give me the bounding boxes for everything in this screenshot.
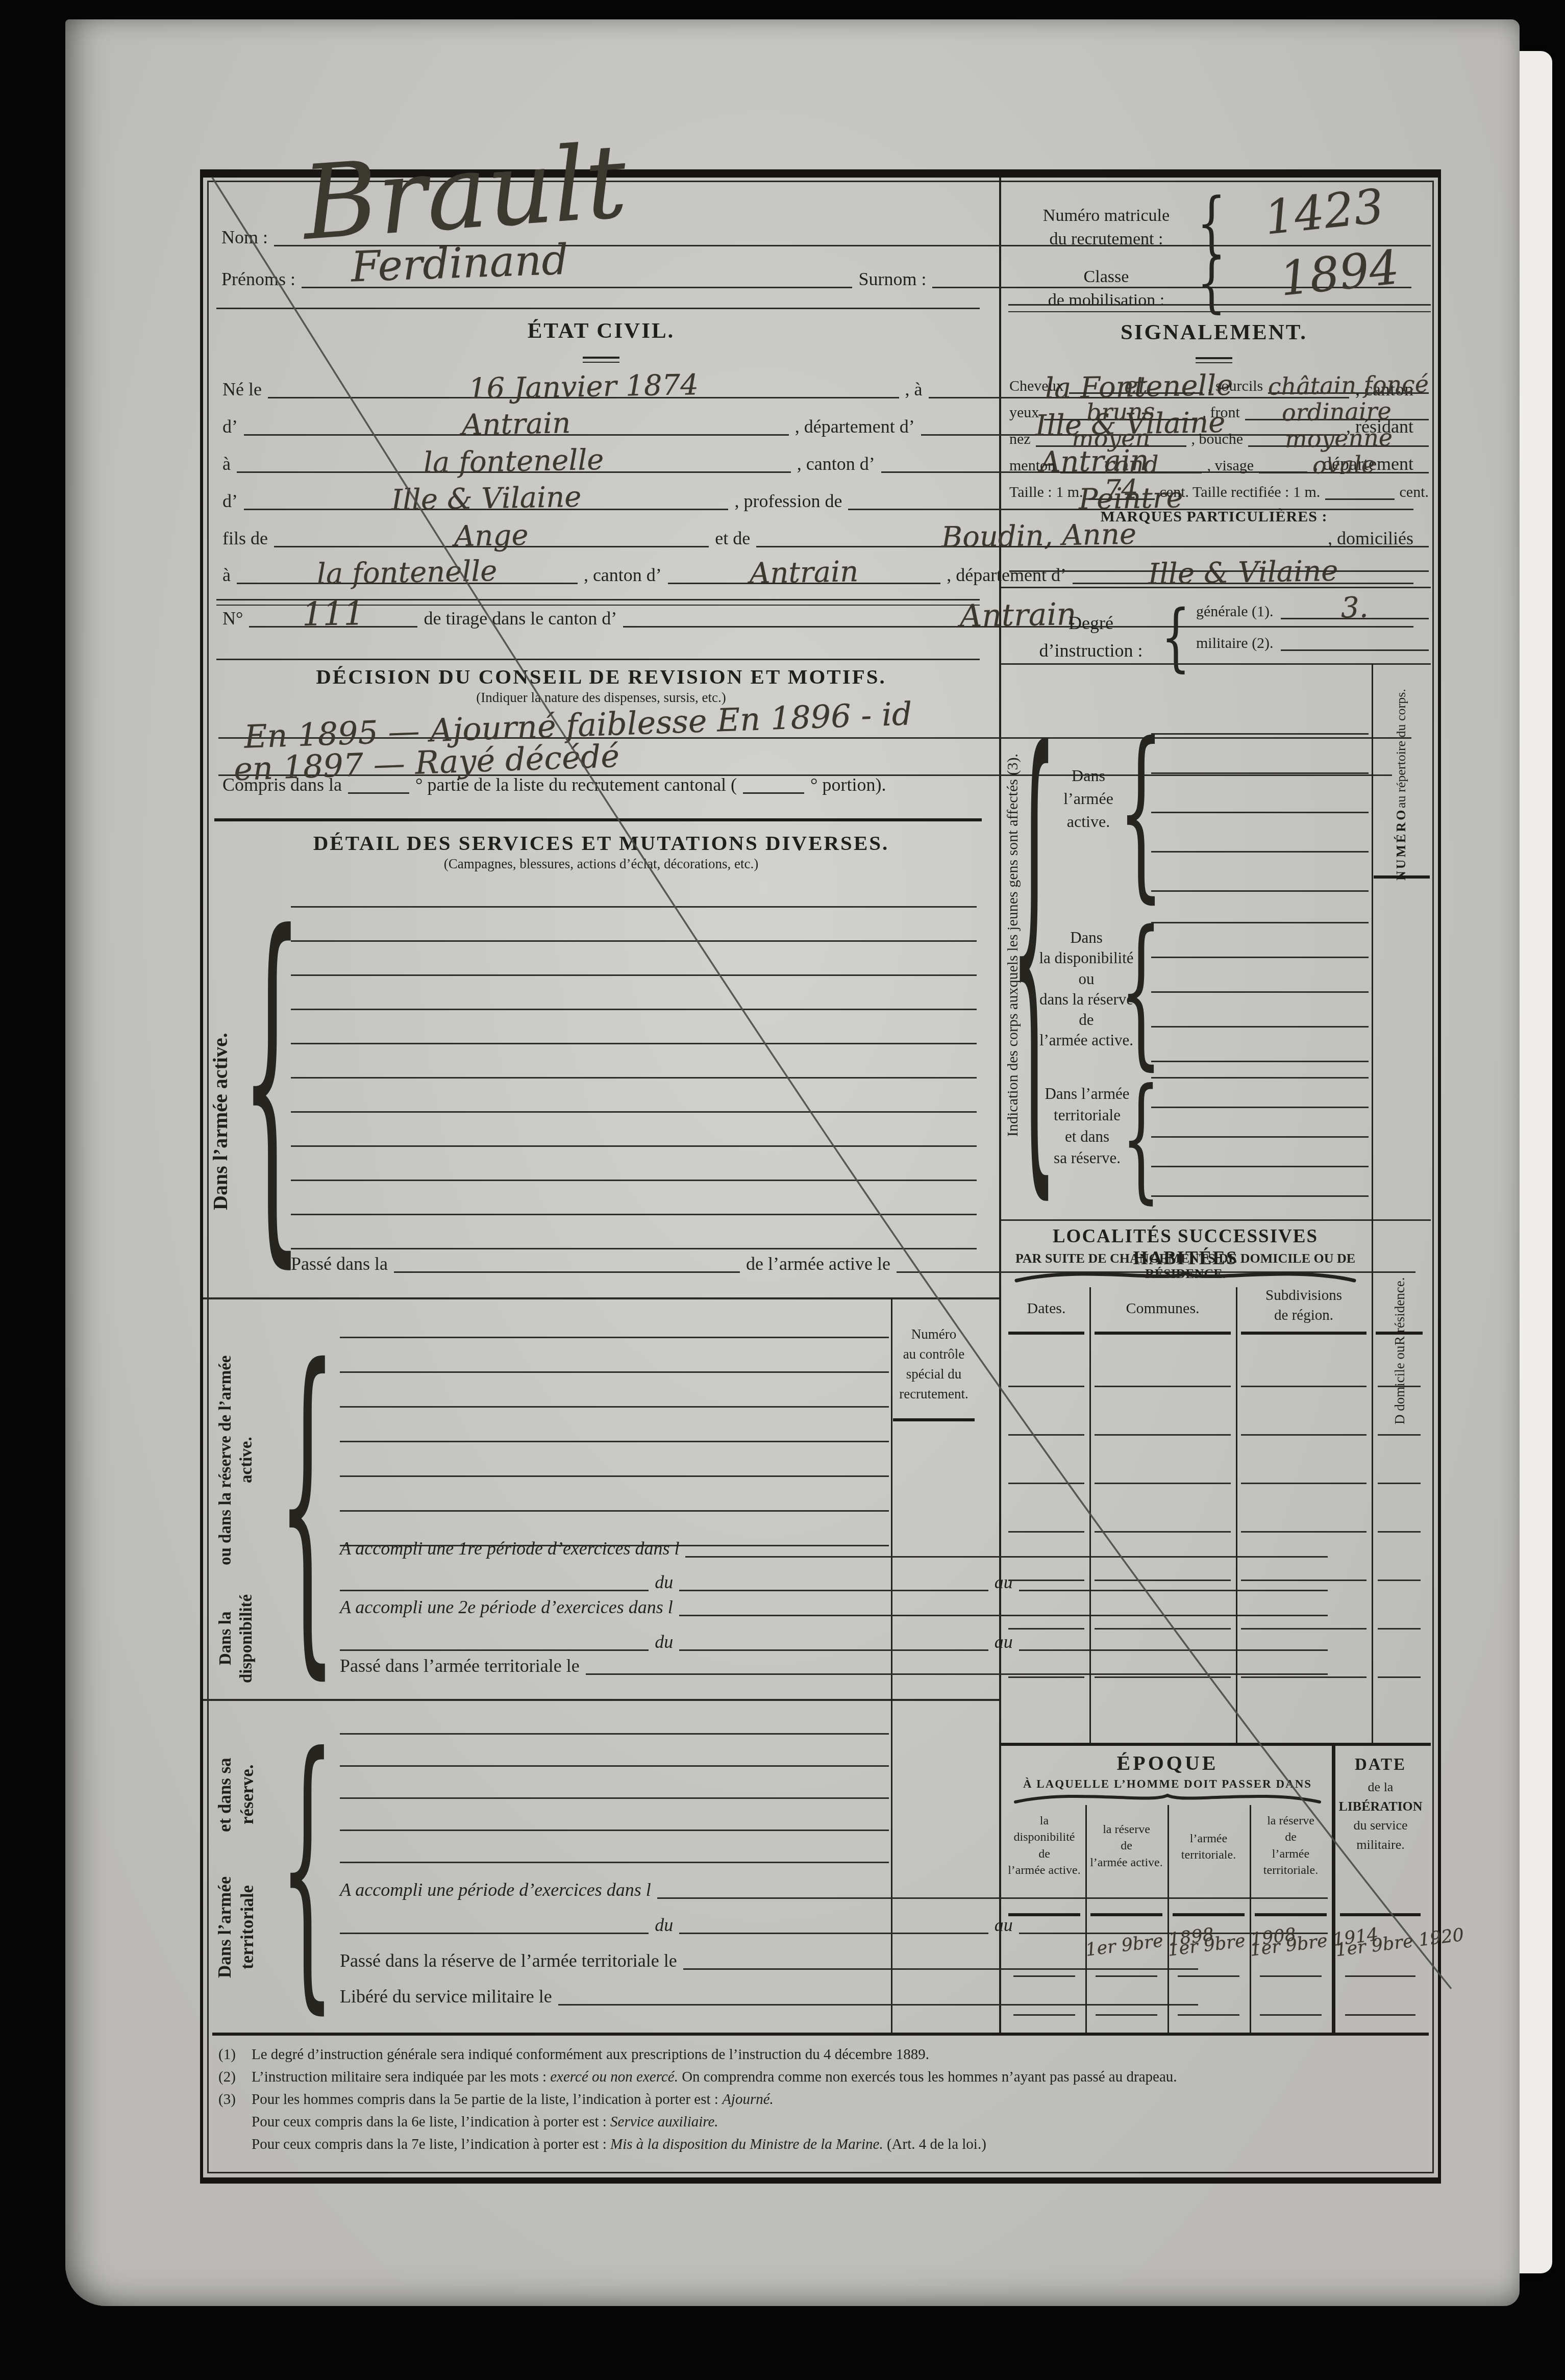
write-in-line bbox=[1151, 1061, 1369, 1062]
dr-column-divider bbox=[1372, 1219, 1373, 1743]
rule bbox=[1008, 311, 1431, 312]
surnom-label: Surnom : bbox=[858, 270, 926, 288]
blank-line bbox=[657, 1897, 1328, 1899]
write-in-line bbox=[340, 1733, 889, 1735]
write-in-line bbox=[1095, 1531, 1231, 1533]
write-in-line bbox=[340, 1371, 889, 1373]
write-in-line bbox=[1241, 1580, 1367, 1581]
label-line: disponibilité bbox=[1003, 1829, 1085, 1845]
passe-territoriale-label: Passé dans l’armée territoriale le bbox=[340, 1657, 580, 1675]
brace-decoration: { bbox=[1130, 1069, 1152, 1208]
write-in-line bbox=[1095, 1628, 1231, 1630]
decorative-swash bbox=[1014, 1269, 1356, 1285]
yeux-value: bruns bbox=[1086, 399, 1155, 424]
label-line: de région. bbox=[1236, 1306, 1372, 1325]
rule bbox=[1001, 587, 1431, 588]
write-in-line bbox=[291, 1077, 977, 1079]
compris-label: Compris dans la bbox=[222, 775, 342, 794]
a-label: à bbox=[222, 566, 231, 584]
label-line: l’armée active. bbox=[1085, 1855, 1167, 1871]
passe-active-label: Passé dans la bbox=[291, 1255, 388, 1273]
value-line bbox=[1013, 1975, 1075, 1977]
front-value: ordinaire bbox=[1282, 399, 1392, 424]
footnote-marker: (1) bbox=[218, 2047, 236, 2063]
label-line: de bbox=[1085, 1838, 1167, 1854]
header-rule bbox=[1095, 1332, 1231, 1335]
write-in-line bbox=[1008, 1531, 1084, 1533]
controle-line: recrutement. bbox=[893, 1384, 975, 1404]
ruled-lines bbox=[1378, 1386, 1421, 1692]
header-rule bbox=[1090, 1913, 1162, 1916]
footnote-italic: Ajourné. bbox=[722, 2091, 774, 2108]
rule bbox=[1008, 304, 1431, 306]
label-line: LIBÉRATION bbox=[1335, 1797, 1426, 1816]
taille-value: 74 bbox=[1104, 476, 1138, 503]
localites-divider bbox=[1089, 1287, 1091, 1743]
services-title: DÉTAIL DES SERVICES ET MUTATIONS DIVERSE… bbox=[203, 833, 999, 854]
periode3-label: A accompli une période d’exercices dans … bbox=[340, 1881, 651, 1899]
footnote-marker: (3) bbox=[218, 2092, 236, 2108]
blank-line bbox=[685, 1556, 1328, 1558]
controle-line: spécial du bbox=[893, 1364, 975, 1384]
label-line: militaire. bbox=[1335, 1835, 1426, 1855]
value-line bbox=[1178, 1975, 1239, 1977]
matricule-label-line: Numéro matricule bbox=[1012, 204, 1201, 228]
cheveux-label: Cheveux bbox=[1009, 379, 1064, 394]
residence: la fontenelle bbox=[424, 446, 604, 478]
write-in-line bbox=[1241, 1531, 1367, 1533]
matricule-label-line: du recrutement : bbox=[1012, 228, 1201, 251]
write-in-line bbox=[340, 1510, 889, 1512]
repertoire-header-rule bbox=[1374, 875, 1430, 879]
footnote-text: Le degré d’instruction générale sera ind… bbox=[252, 2046, 929, 2063]
departement-label: , département d’ bbox=[795, 417, 915, 436]
d-label: d’ bbox=[222, 417, 238, 436]
header-rule bbox=[1008, 1332, 1084, 1335]
taille-label: Taille : 1 m. bbox=[1009, 485, 1083, 500]
controle-line: au contrôle bbox=[893, 1344, 975, 1364]
blank-line bbox=[1009, 570, 1429, 572]
label-line: de bbox=[1250, 1829, 1332, 1845]
value-line bbox=[1096, 2014, 1157, 2016]
blank-line bbox=[1009, 546, 1429, 547]
label-line: territoriale bbox=[1040, 1105, 1134, 1126]
write-in-line bbox=[1095, 1386, 1231, 1387]
paper-sheet: Brault Nom : Ferdinand Prénoms : Surnom … bbox=[65, 19, 1520, 2306]
title-dash bbox=[1196, 357, 1232, 363]
value-line bbox=[1096, 1975, 1157, 1977]
label-line: l’armée bbox=[1167, 1831, 1250, 1847]
write-in-line bbox=[1095, 1483, 1231, 1484]
label-line: et dans bbox=[1040, 1126, 1134, 1147]
epoque-col2-header: la réserve de l’armée active. bbox=[1085, 1821, 1167, 1871]
numero-tirage: 111 bbox=[302, 597, 365, 631]
prenoms-line bbox=[302, 287, 852, 288]
blank-line bbox=[683, 1968, 1198, 1970]
matricule-value: 1423 bbox=[1262, 183, 1386, 242]
write-in-line bbox=[1008, 1628, 1084, 1630]
write-in-line bbox=[291, 940, 977, 942]
rule bbox=[1001, 663, 1431, 665]
write-in-line bbox=[340, 1441, 889, 1442]
write-in-line bbox=[1151, 1107, 1369, 1108]
blank-line bbox=[679, 1933, 988, 1934]
brace-decoration: { bbox=[1130, 906, 1152, 1074]
write-in-line bbox=[1151, 851, 1369, 853]
et-de-label: et de bbox=[715, 529, 750, 547]
footnote-3: Pour les hommes compris dans la 5e parti… bbox=[252, 2092, 1418, 2108]
classe-label-line: Classe bbox=[1012, 265, 1201, 289]
corps-territoriale-label: Dans l’armée territoriale et dans sa rés… bbox=[1040, 1083, 1134, 1168]
write-in-line bbox=[1095, 1580, 1231, 1581]
sourcils-value: châtain foncé bbox=[1268, 372, 1429, 398]
epoque-title: ÉPOQUE bbox=[1003, 1751, 1332, 1775]
ruled-lines bbox=[1151, 922, 1369, 1070]
territoriale-vertical-label: Dans l’armée territoriale et dans sa rés… bbox=[206, 1739, 266, 2004]
header-rule bbox=[1340, 1913, 1421, 1916]
matricule-form: Brault Nom : Ferdinand Prénoms : Surnom … bbox=[200, 169, 1441, 2184]
label-line: l’armée active. bbox=[1003, 1862, 1085, 1878]
profession-label: , profession de bbox=[734, 492, 842, 510]
instruction-label-line: Degré bbox=[1020, 609, 1162, 637]
label-line: Subdivisions bbox=[1236, 1286, 1372, 1306]
write-in-line bbox=[1151, 1026, 1369, 1028]
section-rule bbox=[214, 818, 982, 821]
du-label: du bbox=[655, 1573, 673, 1591]
write-in-line bbox=[1008, 1386, 1084, 1387]
brace-decoration: { bbox=[1201, 255, 1222, 311]
write-in-line bbox=[1008, 1580, 1084, 1581]
cent-label: cent. bbox=[1400, 485, 1429, 500]
write-in-line bbox=[340, 1406, 889, 1408]
write-in-line bbox=[1378, 1386, 1421, 1387]
write-in-line bbox=[291, 1248, 977, 1249]
scanned-register-page: Brault Nom : Ferdinand Prénoms : Surnom … bbox=[0, 0, 1565, 2380]
write-in-line bbox=[340, 1797, 889, 1799]
blank-line bbox=[1325, 498, 1394, 500]
epoque-col4-header: la réserve de l’armée territoriale. bbox=[1250, 1813, 1332, 1879]
bouche-label: , bouche bbox=[1191, 432, 1244, 447]
write-in-line bbox=[1095, 1676, 1231, 1678]
write-in-line bbox=[340, 1475, 889, 1477]
du-label: du bbox=[655, 1633, 673, 1651]
footnote-text: Pour ceux compris dans la 6e liste, l’in… bbox=[252, 2114, 610, 2130]
write-in-line bbox=[291, 974, 977, 976]
write-in-line bbox=[1151, 1136, 1369, 1138]
domicile-parents: la fontenelle bbox=[317, 557, 498, 589]
decorative-swash bbox=[1013, 1792, 1322, 1805]
ruled-lines bbox=[1008, 1386, 1084, 1692]
write-in-line bbox=[1241, 1676, 1367, 1678]
numero-label: N° bbox=[222, 609, 243, 628]
epoque-col3-header: l’armée territoriale. bbox=[1167, 1831, 1250, 1864]
compris-label-3: ° portion). bbox=[810, 775, 886, 794]
label-line: la réserve bbox=[1085, 1821, 1167, 1838]
write-in-line bbox=[1378, 1676, 1421, 1678]
footnote-italic: exercé ou non exercé. bbox=[550, 2069, 678, 2085]
blank-line bbox=[348, 792, 409, 794]
write-in-line bbox=[291, 1214, 977, 1215]
write-in-line bbox=[1151, 812, 1369, 813]
brace-decoration: { bbox=[1165, 604, 1186, 670]
brace-decoration: { bbox=[254, 892, 290, 1264]
write-in-line bbox=[1378, 1628, 1421, 1630]
label-line: DATE bbox=[1335, 1753, 1426, 1777]
nez-label: nez bbox=[1009, 432, 1031, 447]
title-dash bbox=[583, 357, 619, 363]
rule bbox=[216, 308, 980, 309]
ruled-lines bbox=[1241, 1386, 1367, 1692]
signalement-title: SIGNALEMENT. bbox=[999, 321, 1429, 343]
a-label: , à bbox=[905, 380, 923, 398]
label-line: territoriale. bbox=[1250, 1862, 1332, 1878]
blank-line bbox=[340, 1933, 649, 1934]
write-in-line bbox=[1151, 890, 1369, 892]
ruled-lines bbox=[291, 906, 977, 1253]
write-in-line bbox=[340, 1765, 889, 1767]
d-label: d’ bbox=[222, 492, 238, 510]
departement-residence: Ille & Vilaine bbox=[391, 483, 581, 515]
brace-decoration: { bbox=[291, 1330, 324, 1676]
blank-line bbox=[679, 1649, 988, 1651]
write-in-line bbox=[291, 1009, 977, 1010]
departement-label: , département d’ bbox=[947, 566, 1066, 584]
write-in-line bbox=[1151, 733, 1369, 735]
brace-decoration: { bbox=[291, 1723, 324, 2012]
write-in-line bbox=[1378, 1580, 1421, 1581]
classe-value: 1894 bbox=[1278, 244, 1401, 303]
header-rule bbox=[1008, 1913, 1080, 1916]
instruction-militaire-label: militaire (2). bbox=[1196, 636, 1274, 651]
etat-civil-title: ÉTAT CIVIL. bbox=[203, 320, 999, 342]
write-in-line bbox=[291, 906, 977, 908]
footnote-4: Pour ceux compris dans la 6e liste, l’in… bbox=[252, 2114, 1418, 2131]
value-line bbox=[1345, 1975, 1415, 1977]
blank-line bbox=[679, 1590, 988, 1591]
nom-label: Nom : bbox=[221, 228, 268, 246]
departement-parents: Ille & Vilaine bbox=[1148, 557, 1338, 589]
blank-line bbox=[340, 1649, 649, 1651]
label-line: l’armée bbox=[1250, 1846, 1332, 1862]
blank-line bbox=[340, 1590, 649, 1591]
blank-line bbox=[743, 792, 804, 794]
value-line bbox=[1260, 2014, 1322, 2016]
footnote-1: Le degré d’instruction générale sera ind… bbox=[252, 2047, 1418, 2063]
write-in-line bbox=[340, 1337, 889, 1338]
periode2-label: A accompli une 2e période d’exercices da… bbox=[340, 1598, 673, 1616]
write-in-line bbox=[1095, 1434, 1231, 1436]
write-in-line bbox=[1241, 1628, 1367, 1630]
decision-title: DÉCISION DU CONSEIL DE REVISION ET MOTIF… bbox=[203, 666, 999, 687]
canton-label: , canton d’ bbox=[584, 566, 662, 584]
matricule-label: Numéro matricule du recrutement : bbox=[1012, 204, 1201, 251]
rule bbox=[1001, 1219, 1431, 1221]
epoque-col1-header: la disponibilité de l’armée active. bbox=[1003, 1813, 1085, 1879]
du-label: du bbox=[655, 1916, 673, 1934]
write-in-line bbox=[1241, 1386, 1367, 1387]
periode1-label: A accompli une 1re période d’exercices d… bbox=[340, 1539, 679, 1558]
ne-le-label: Né le bbox=[222, 380, 262, 398]
write-in-line bbox=[340, 1862, 889, 1863]
nez-value: moyen bbox=[1072, 426, 1151, 451]
footnote-2: L’instruction militaire sera indiquée pa… bbox=[252, 2069, 1433, 2086]
value-line bbox=[1260, 1975, 1322, 1977]
ruled-lines bbox=[1151, 733, 1369, 896]
value-line bbox=[1345, 2014, 1415, 2016]
footnote-text: Pour les hommes compris dans la 5e parti… bbox=[252, 2091, 722, 2108]
write-in-line bbox=[340, 1830, 889, 1831]
footnote-text: (Art. 4 de la loi.) bbox=[883, 2136, 986, 2152]
label-line: la réserve bbox=[1250, 1813, 1332, 1829]
write-in-line bbox=[1378, 1434, 1421, 1436]
a-label: à bbox=[222, 455, 231, 473]
write-in-line bbox=[1151, 922, 1369, 923]
canton-label: , canton d’ bbox=[797, 455, 875, 473]
footnote-marker: (2) bbox=[218, 2069, 236, 2086]
sourcils-label: , sourcils bbox=[1208, 379, 1263, 394]
taille-rectifiee-label: cent. Taille rectifiée : 1 m. bbox=[1160, 485, 1321, 500]
blank-line bbox=[558, 2004, 1198, 2006]
write-in-line bbox=[1008, 1483, 1084, 1484]
write-in-line bbox=[291, 1180, 977, 1181]
prenom-pere: Ange bbox=[454, 521, 529, 552]
footnote-5: Pour ceux compris dans la 7e liste, l’in… bbox=[252, 2137, 1418, 2153]
date-column-divider bbox=[1332, 1743, 1335, 2033]
write-in-line bbox=[1241, 1483, 1367, 1484]
localites-divider bbox=[1236, 1287, 1237, 1743]
libere-label: Libéré du service militaire le bbox=[340, 1987, 552, 2006]
disponibilite-vertical-label: Dans la disponibilité ou dans la réserve… bbox=[206, 1346, 266, 1703]
write-in-line bbox=[1151, 991, 1369, 993]
cheveux-value: et bbox=[1124, 373, 1148, 397]
footnote-text: L’instruction militaire sera indiquée pa… bbox=[252, 2069, 550, 2085]
write-in-line bbox=[1378, 1531, 1421, 1533]
dates-header: Dates. bbox=[1003, 1300, 1089, 1317]
bouche-value: moyenne bbox=[1284, 425, 1393, 451]
write-in-line bbox=[291, 1043, 977, 1044]
classe-label-line: de mobilisation : bbox=[1012, 289, 1201, 312]
communes-header: Communes. bbox=[1089, 1300, 1236, 1317]
menton-label: menton bbox=[1009, 458, 1055, 473]
repertoire-column-divider bbox=[1372, 663, 1373, 1219]
controle-header-rule bbox=[893, 1418, 975, 1421]
services-subtitle: (Campagnes, blessures, actions d’éclat, … bbox=[203, 857, 999, 871]
label-line: de la bbox=[1335, 1777, 1426, 1797]
marques-label: MARQUES PARTICULIÈRES : bbox=[999, 508, 1429, 525]
header-rule bbox=[1173, 1913, 1245, 1916]
footnote-text: Pour ceux compris dans la 7e liste, l’in… bbox=[252, 2136, 610, 2152]
controle-header: Numéro au contrôle spécial du recrutemen… bbox=[893, 1324, 975, 1405]
footnote-rule bbox=[212, 2033, 1429, 2036]
write-in-line bbox=[1151, 957, 1369, 958]
write-in-line bbox=[1151, 1195, 1369, 1197]
yeux-label: yeux bbox=[1009, 405, 1039, 420]
write-in-line bbox=[1151, 772, 1369, 774]
write-in-line bbox=[1378, 1483, 1421, 1484]
rule bbox=[216, 659, 980, 660]
tirage-label: de tirage dans le canton d’ bbox=[424, 609, 617, 628]
label-line: sa réserve. bbox=[1040, 1147, 1134, 1169]
visage-label: , visage bbox=[1207, 458, 1254, 473]
fils-de-label: fils de bbox=[222, 529, 268, 547]
passe-active-label-2: de l’armée active le bbox=[746, 1255, 890, 1273]
footnote-italic: Service auxiliaire. bbox=[610, 2114, 718, 2130]
instruction-generale-value: 3. bbox=[1341, 594, 1369, 623]
footnote-text: On comprendra comme non exercés tous les… bbox=[678, 2069, 1177, 2085]
ruled-lines bbox=[340, 1733, 889, 1876]
brace-decoration: { bbox=[1130, 717, 1152, 907]
date-naissance: 16 Janvier 1874 bbox=[468, 371, 699, 404]
header-rule bbox=[1241, 1332, 1367, 1335]
blank-line bbox=[1281, 649, 1429, 651]
write-in-line bbox=[1008, 1676, 1084, 1678]
value-line bbox=[1013, 2014, 1075, 2016]
passe-reserve-territoriale-label: Passé dans la réserve de l’armée territo… bbox=[340, 1951, 677, 1970]
write-in-line bbox=[291, 1111, 977, 1113]
canton-parents: Antrain bbox=[750, 558, 859, 588]
prenoms-label: Prénoms : bbox=[221, 270, 295, 288]
label-line: Dans l’armée bbox=[1040, 1083, 1134, 1105]
label-line: la bbox=[1003, 1813, 1085, 1829]
visage-value: ovale bbox=[1312, 453, 1376, 477]
subdivisions-header: Subdivisions de région. bbox=[1236, 1286, 1372, 1325]
blank-line bbox=[394, 1271, 740, 1273]
ruled-lines bbox=[340, 1337, 889, 1551]
value-line bbox=[1178, 2014, 1239, 2016]
write-in-line bbox=[1241, 1434, 1367, 1436]
write-in-line bbox=[1008, 1434, 1084, 1436]
ruled-lines bbox=[1095, 1386, 1231, 1692]
label-line: de bbox=[1003, 1846, 1085, 1862]
label-line: du service bbox=[1335, 1816, 1426, 1835]
write-in-line bbox=[291, 1145, 977, 1147]
header-rule bbox=[1376, 1332, 1423, 1335]
date-liberation-header: DATE de la LIBÉRATION du service militai… bbox=[1335, 1753, 1426, 1855]
repertoire-vertical-label: NUMÉRO au répertoire du corps. bbox=[1375, 683, 1428, 887]
instruction-generale-label: générale (1). bbox=[1196, 604, 1274, 619]
armee-active-vertical-label: Dans l’armée active. bbox=[206, 973, 235, 1269]
header-rule bbox=[1255, 1913, 1327, 1916]
compris-label-2: ° partie de la liste du recrutement cant… bbox=[415, 775, 737, 794]
front-label: , front bbox=[1202, 405, 1239, 420]
au-label: au bbox=[995, 1916, 1013, 1934]
epoque-subtitle: À LAQUELLE L’HOMME DOIT PASSER DANS bbox=[1003, 1777, 1332, 1791]
write-in-line bbox=[1151, 1166, 1369, 1167]
ruled-lines bbox=[1151, 1077, 1369, 1199]
footnote-italic: Mis à la disposition du Ministre de la M… bbox=[610, 2136, 883, 2152]
domicilies-label: , domiciliés bbox=[1328, 529, 1413, 547]
canton-naissance: Antrain bbox=[462, 409, 571, 440]
controle-line: Numéro bbox=[893, 1324, 975, 1344]
controle-column-divider bbox=[891, 1699, 892, 2033]
section-rule bbox=[999, 1743, 1431, 1746]
write-in-line bbox=[1151, 1077, 1369, 1079]
label-line: territoriale. bbox=[1167, 1847, 1250, 1863]
